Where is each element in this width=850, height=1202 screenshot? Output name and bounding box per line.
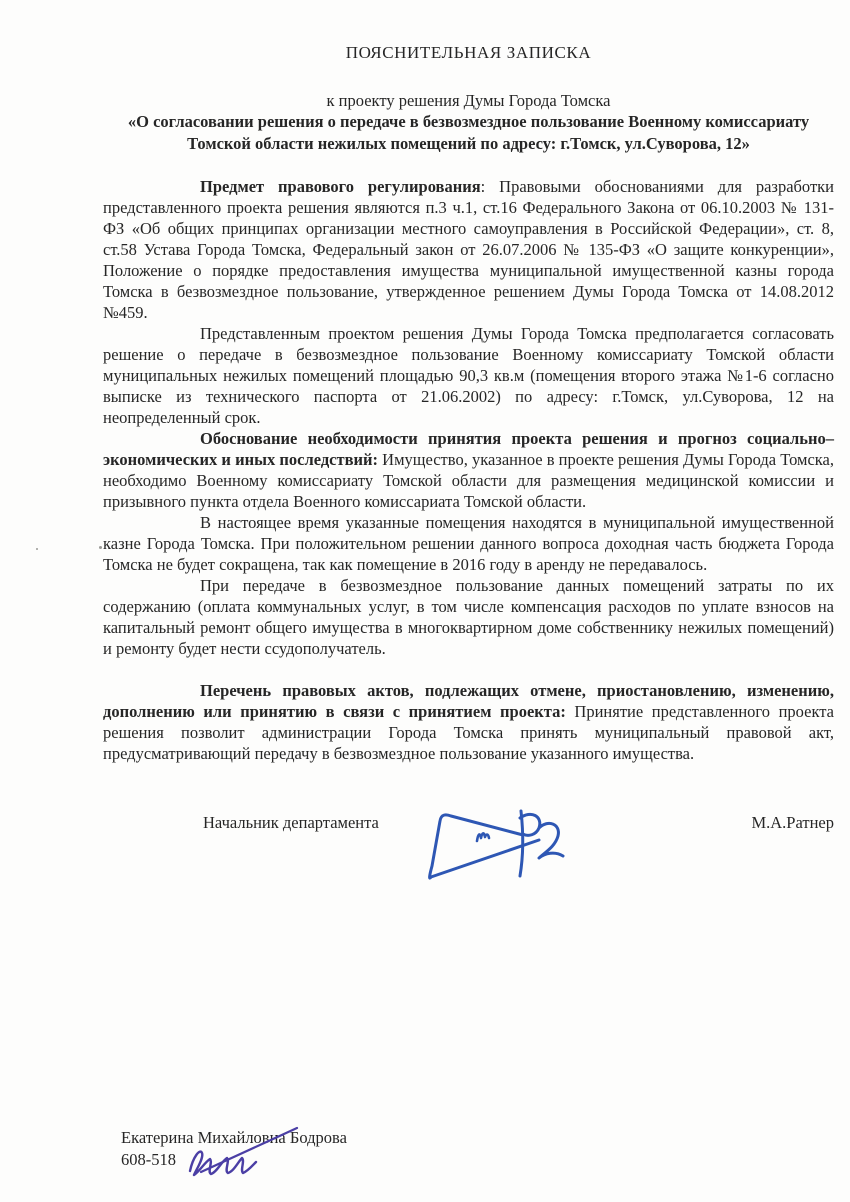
document-body: Предмет правового регулирования: Правовы… [103, 176, 834, 764]
paragraph-body: : Правовыми обоснованиями для разработки… [103, 177, 834, 322]
document-subtitle: к проекту решения Думы Города Томска [103, 90, 834, 111]
contact-phone: 608-518 [121, 1149, 347, 1171]
signature-row: Начальник департамента М.А.Ратнер [103, 812, 834, 833]
document-content: ПОЯСНИТЕЛЬНАЯ ЗАПИСКА к проекту решения … [103, 42, 834, 833]
paragraph-body: В настоящее время указанные помещения на… [103, 513, 834, 574]
paragraph-current-state: В настоящее время указанные помещения на… [103, 512, 834, 575]
paragraph-lead: Предмет правового регулирования [200, 177, 481, 196]
signature-stroke [477, 833, 489, 841]
contact-name: Екатерина Михайловна Бодрова [121, 1127, 347, 1149]
paragraph-proposal: Представленным проектом решения Думы Гор… [103, 323, 834, 428]
signatory-name: М.А.Ратнер [751, 812, 834, 833]
paragraph-body: При передаче в безвозмездное пользование… [103, 576, 834, 658]
scanned-document-page: ПОЯСНИТЕЛЬНАЯ ЗАПИСКА к проекту решения … [0, 0, 850, 1202]
paragraph-acts-list: Перечень правовых актов, подлежащих отме… [103, 680, 834, 764]
document-subtitle-bold: «О согласовании решения о передаче в без… [124, 111, 814, 154]
paragraph-body: Представленным проектом решения Думы Гор… [103, 324, 834, 427]
paragraph-costs: При передаче в безвозмездное пользование… [103, 575, 834, 659]
paragraph-justification: Обоснование необходимости принятия проек… [103, 428, 834, 512]
scan-speck [99, 546, 102, 549]
scan-speck [36, 548, 38, 550]
document-title: ПОЯСНИТЕЛЬНАЯ ЗАПИСКА [103, 42, 834, 63]
footer-contact: Екатерина Михайловна Бодрова 608-518 [121, 1127, 347, 1171]
signatory-role: Начальник департамента [203, 812, 379, 833]
paragraph-legal-basis: Предмет правового регулирования: Правовы… [103, 176, 834, 323]
